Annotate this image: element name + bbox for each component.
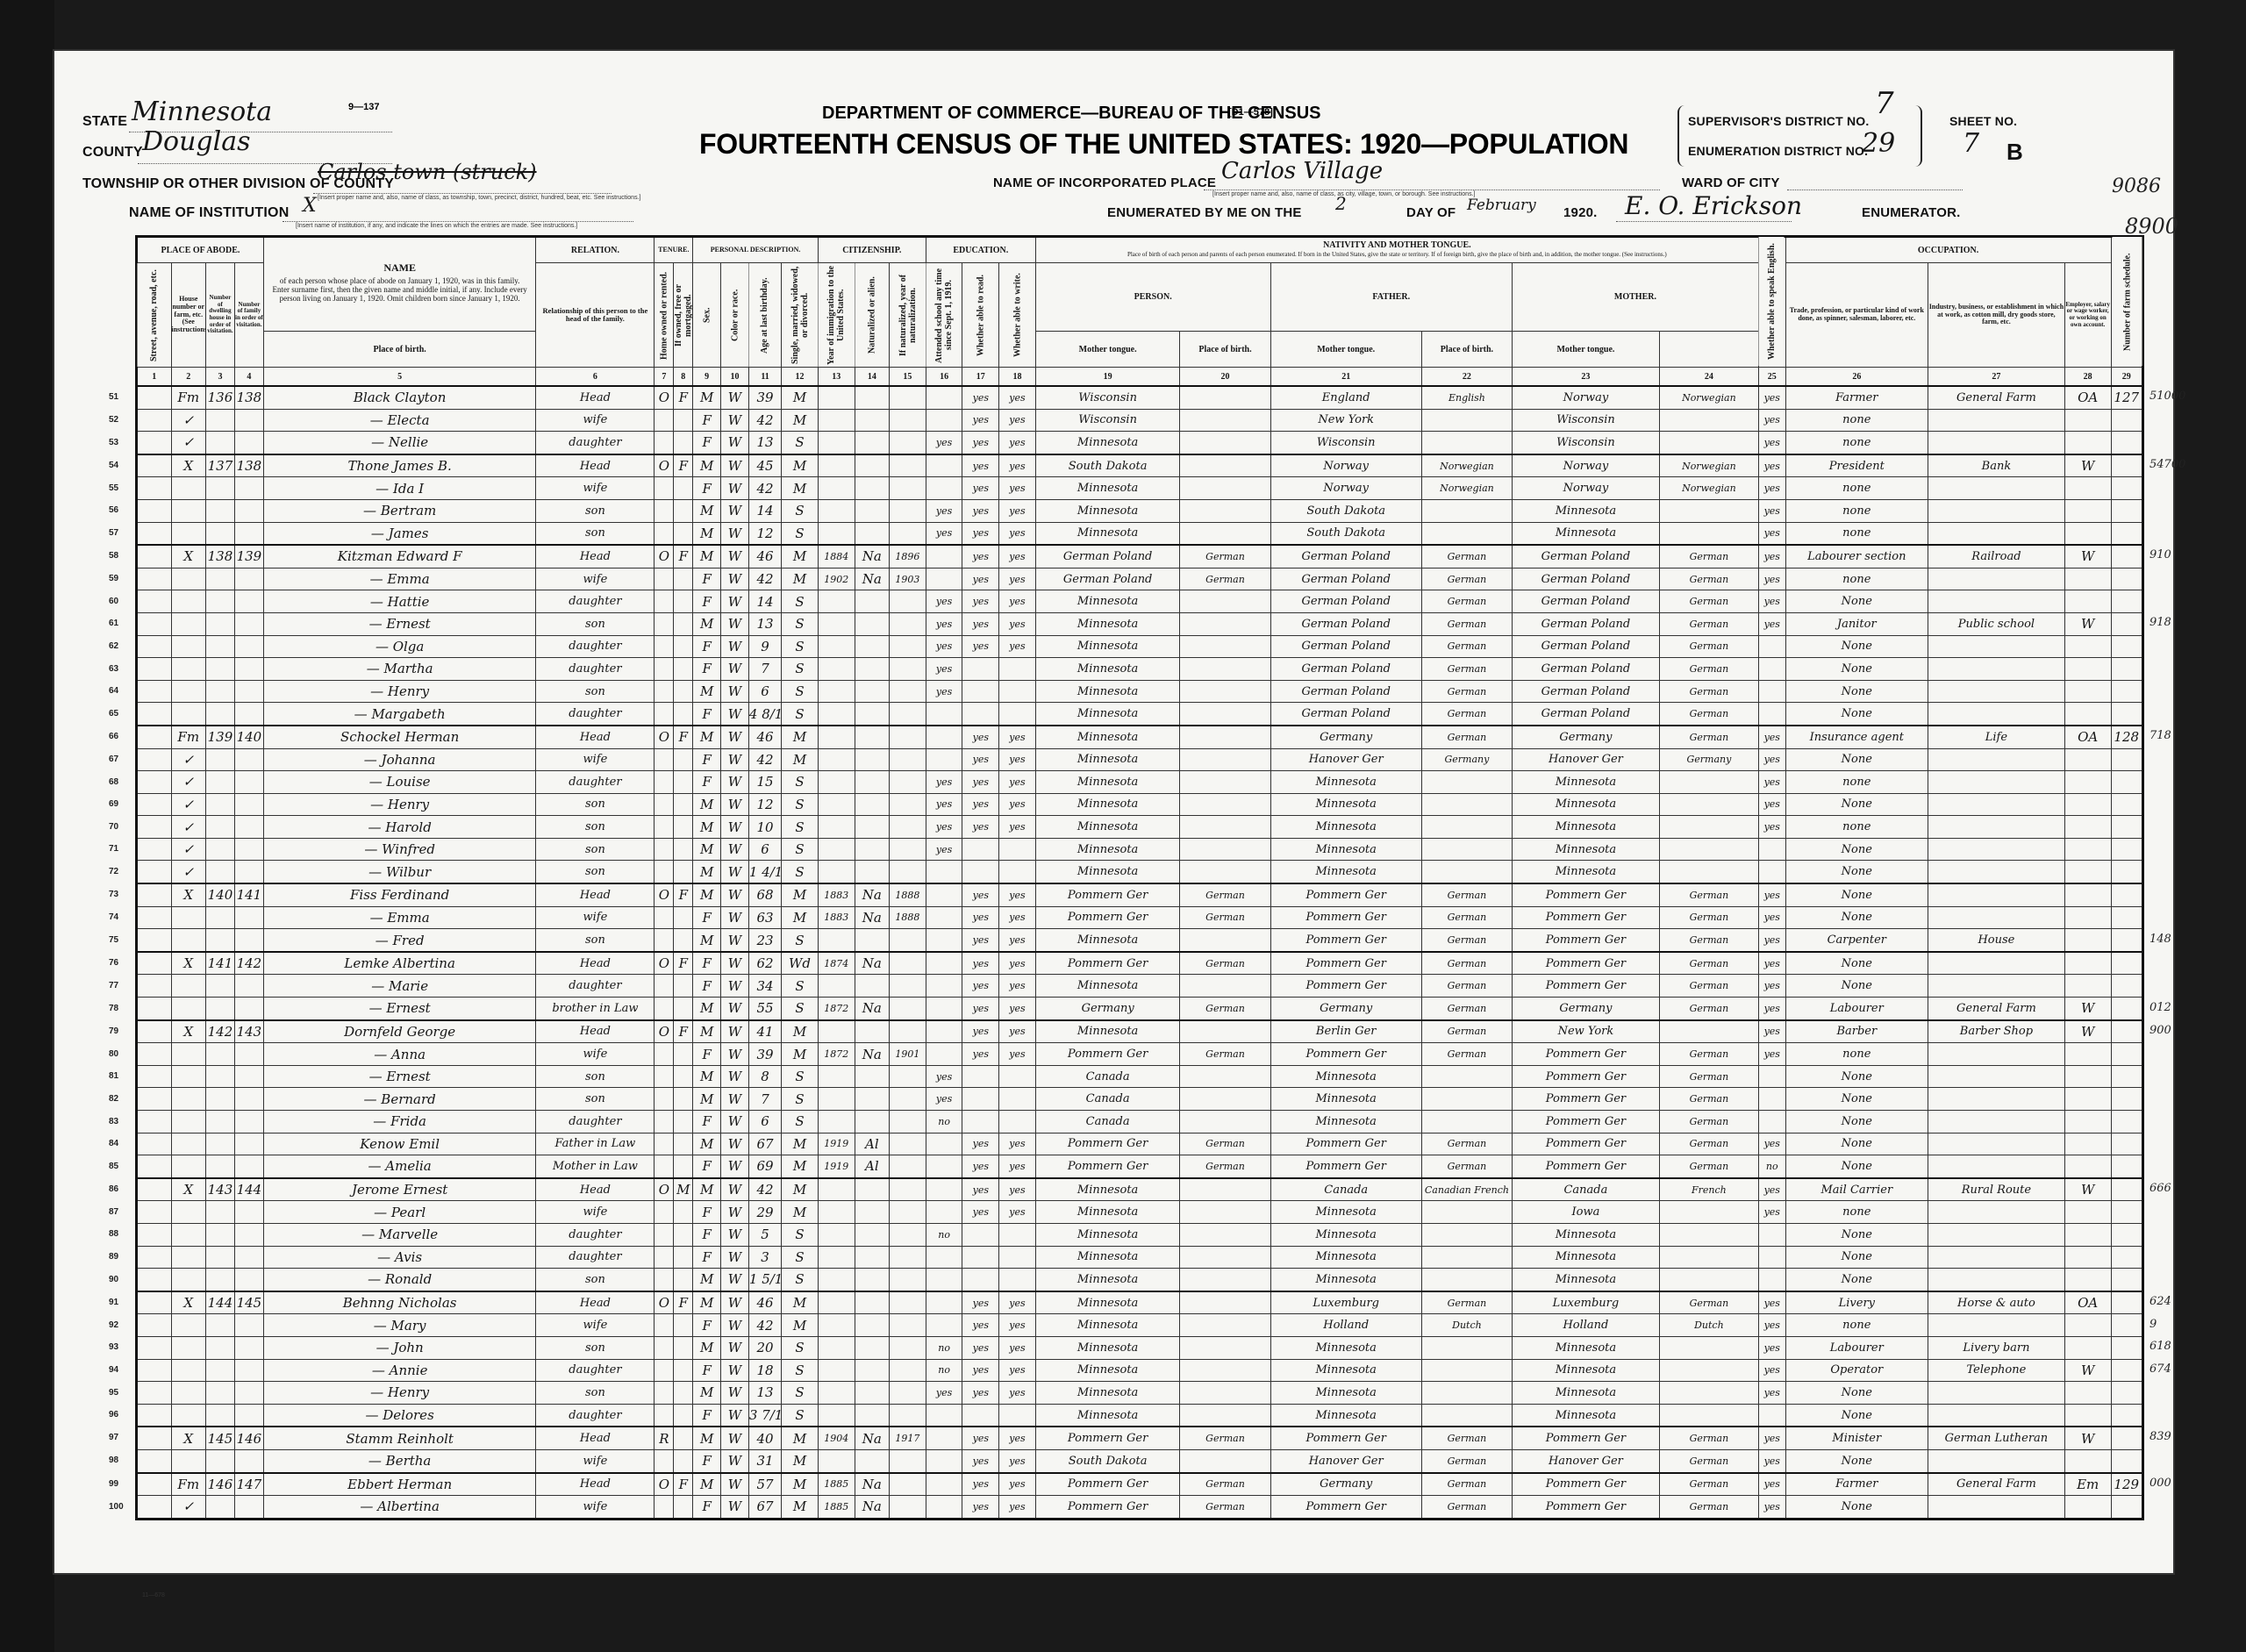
mother-mother-tongue-cell: German [1659,998,1758,1020]
family-cell [234,635,263,658]
mortgage-cell [674,658,693,681]
mortgage-cell [674,861,693,883]
write-cell [999,861,1036,883]
home-owned-cell [654,499,674,522]
father-birthplace-cell: German Poland [1270,545,1421,568]
naturalization-year-cell [890,409,926,432]
employer-cell [2064,838,2111,861]
age-cell: 34 [748,975,781,998]
line-number: 64 [109,686,118,696]
trade-cell: None [1785,1496,1928,1520]
home-owned-cell [654,838,674,861]
col-22-father-tongue: Mother tongue. [1270,332,1421,368]
mother-tongue-cell [1180,861,1270,883]
column-number: 2 [171,368,206,387]
trade-cell: None [1785,680,1928,703]
farm-schedule-cell [2111,1246,2143,1269]
trade-cell: none [1785,499,1928,522]
read-cell: yes [962,998,999,1020]
dwelling-cell [206,680,235,703]
employer-cell: Em [2064,1473,2111,1496]
line-number: 97 [109,1433,118,1442]
naturalization-year-cell [890,998,926,1020]
read-cell [962,703,999,726]
school-cell [926,748,962,771]
write-cell: yes [999,1178,1036,1201]
mother-tongue-cell [1180,1359,1270,1382]
speaks-english-cell: yes [1758,726,1785,748]
column-number: 24 [1659,368,1758,387]
dwelling-cell [206,477,235,500]
trade-cell: None [1785,1449,1928,1472]
write-cell: yes [999,1336,1036,1359]
mother-birthplace-cell: Minnesota [1512,1336,1659,1359]
farm-schedule-cell [2111,1111,2143,1134]
relation-cell: son [536,680,654,703]
marital-cell: S [782,998,819,1020]
naturalized-cell: Na [855,906,890,929]
sex-cell: M [693,726,721,748]
house-number-cell: X [171,883,206,906]
mother-tongue-cell [1180,386,1270,409]
industry-cell: House [1928,929,2065,952]
naturalization-year-cell [890,1382,926,1405]
write-cell: yes [999,1382,1036,1405]
trade-cell: none [1785,1201,1928,1224]
birthplace-cell: Minnesota [1035,1201,1180,1224]
mother-birthplace-cell: Hanover Ger [1512,748,1659,771]
school-cell: yes [926,612,962,635]
speaks-english-cell: yes [1758,545,1785,568]
write-cell: yes [999,612,1036,635]
industry-cell [1928,1133,2065,1155]
mother-tongue-cell [1180,409,1270,432]
mother-birthplace-cell: Norway [1512,477,1659,500]
table-row: — EmmawifeFW42M1902Na1903yesyesGerman Po… [137,568,2143,590]
mother-mother-tongue-cell [1659,1336,1758,1359]
home-owned-cell: O [654,726,674,748]
father-birthplace-cell: Wisconsin [1270,432,1421,454]
read-cell: yes [962,1133,999,1155]
dwelling-cell [206,975,235,998]
farm-schedule-cell [2111,409,2143,432]
street-cell [137,1404,172,1427]
family-cell: 145 [234,1291,263,1314]
family-cell [234,906,263,929]
mother-birthplace-cell: Holland [1512,1314,1659,1337]
trade-cell: None [1785,1269,1928,1291]
mother-birthplace-cell: Iowa [1512,1201,1659,1224]
school-cell [926,477,962,500]
birthplace-cell: Minnesota [1035,635,1180,658]
mother-mother-tongue-cell [1659,499,1758,522]
write-cell: yes [999,545,1036,568]
line-number: 52 [109,415,118,425]
school-cell [926,1269,962,1291]
sex-cell: F [693,635,721,658]
age-cell: 63 [748,906,781,929]
employer-cell [2064,1223,2111,1246]
father-birthplace-cell: German Poland [1270,635,1421,658]
write-cell: yes [999,1155,1036,1178]
person-name-cell: — Albertina [263,1496,536,1520]
immigration-year-cell [818,499,855,522]
mother-mother-tongue-cell [1659,522,1758,545]
father-birthplace-cell: Canada [1270,1178,1421,1201]
age-cell: 18 [748,1359,781,1382]
speaks-english-cell [1758,658,1785,681]
birthplace-cell: Minnesota [1035,658,1180,681]
table-row: — AvisdaughterFW3SMinnesotaMinnesotaMinn… [137,1246,2143,1269]
naturalized-cell [855,477,890,500]
table-row: — HattiedaughterFW14SyesyesyesMinnesotaG… [137,590,2143,613]
age-cell: 23 [748,929,781,952]
father-tongue-cell: English [1421,386,1512,409]
mother-mother-tongue-cell: German [1659,1449,1758,1472]
race-cell: W [721,748,749,771]
mother-mother-tongue-cell: French [1659,1178,1758,1201]
industry-cell: Rural Route [1928,1178,2065,1201]
street-cell [137,635,172,658]
speaks-english-cell: yes [1758,1314,1785,1337]
table-row: — AnniedaughterFW18SnoyesyesMinnesotaMin… [137,1359,2143,1382]
immigration-year-cell: 1919 [818,1133,855,1155]
industry-cell [1928,771,2065,794]
margin-note: 9 [2149,1318,2157,1331]
farm-schedule-cell [2111,1065,2143,1088]
mortgage-cell [674,929,693,952]
naturalized-cell [855,1223,890,1246]
dwelling-cell [206,658,235,681]
farm-schedule-cell [2111,522,2143,545]
margin-note: 718 [2149,729,2171,742]
trade-cell: none [1785,409,1928,432]
read-cell: yes [962,1291,999,1314]
person-name-cell: — Ernest [263,612,536,635]
read-cell: yes [962,1359,999,1382]
trade-cell: None [1785,748,1928,771]
employer-cell [2064,1314,2111,1337]
employer-cell [2064,1088,2111,1111]
trade-cell: Farmer [1785,386,1928,409]
naturalized-cell [855,522,890,545]
speaks-english-cell [1758,1404,1785,1427]
immigration-year-cell: 1885 [818,1473,855,1496]
sex-cell: F [693,409,721,432]
naturalization-year-cell [890,432,926,454]
house-number-cell: Fm [171,726,206,748]
home-owned-cell [654,1133,674,1155]
dwelling-cell [206,1246,235,1269]
relation-cell: son [536,1065,654,1088]
school-cell [926,952,962,975]
mother-mother-tongue-cell: German [1659,1065,1758,1088]
race-cell: W [721,1336,749,1359]
immigration-year-cell [818,1178,855,1201]
father-tongue-cell: German [1421,1496,1512,1520]
relation-cell: Head [536,952,654,975]
race-cell: W [721,952,749,975]
dwelling-cell [206,1043,235,1066]
write-cell: yes [999,499,1036,522]
naturalization-year-cell [890,1065,926,1088]
school-cell [926,883,962,906]
house-number-cell [171,590,206,613]
sex-cell: M [693,1020,721,1043]
trade-cell: None [1785,658,1928,681]
mortgage-cell [674,1269,693,1291]
relation-cell: daughter [536,635,654,658]
write-cell [999,680,1036,703]
family-cell [234,1382,263,1405]
father-tongue-cell [1421,1065,1512,1088]
trade-cell: None [1785,1065,1928,1088]
age-cell: 20 [748,1336,781,1359]
immigration-year-cell [818,726,855,748]
farm-schedule-cell [2111,1336,2143,1359]
school-cell [926,703,962,726]
col-10-race: Color or race. [721,263,749,368]
father-birthplace-cell: Minnesota [1270,1111,1421,1134]
trade-cell: none [1785,1043,1928,1066]
naturalized-cell [855,1359,890,1382]
person-name-cell: — Fred [263,929,536,952]
race-cell: W [721,906,749,929]
home-owned-cell [654,1382,674,1405]
house-number-cell [171,1246,206,1269]
column-number: 14 [855,368,890,387]
person-name-cell: — Electa [263,409,536,432]
father-birthplace-cell: Pommern Ger [1270,1133,1421,1155]
employer-cell [2064,1449,2111,1472]
family-cell [234,1155,263,1178]
naturalization-year-cell [890,1359,926,1382]
write-cell [999,703,1036,726]
age-cell: 5 [748,1223,781,1246]
read-cell: yes [962,1178,999,1201]
naturalization-year-cell: 1888 [890,883,926,906]
father-tongue-cell [1421,1246,1512,1269]
age-cell: 3 7/12 [748,1404,781,1427]
family-cell [234,432,263,454]
farm-schedule-cell [2111,1043,2143,1066]
person-name-cell: Dornfeld George [263,1020,536,1043]
read-cell [962,1404,999,1427]
naturalized-cell [855,1382,890,1405]
naturalized-cell [855,409,890,432]
family-cell [234,703,263,726]
house-number-cell [171,1223,206,1246]
write-cell: yes [999,883,1036,906]
mother-tongue-cell: German [1180,1473,1270,1496]
birthplace-cell: Pommern Ger [1035,1473,1180,1496]
column-number: 4 [234,368,263,387]
table-row: X138139Kitzman Edward FHeadOFMW46M1884Na… [137,545,2143,568]
school-cell: yes [926,793,962,816]
naturalization-year-cell [890,477,926,500]
birthplace-cell: Minnesota [1035,816,1180,839]
naturalization-year-cell [890,522,926,545]
employer-cell [2064,522,2111,545]
table-row: ✓— HaroldsonMW10SyesyesyesMinnesotaMinne… [137,816,2143,839]
father-birthplace-cell: Luxemburg [1270,1291,1421,1314]
mortgage-cell [674,680,693,703]
farm-schedule-cell: 128 [2111,726,2143,748]
employer-cell [2064,1269,2111,1291]
race-cell: W [721,1496,749,1520]
industry-cell [1928,1269,2065,1291]
mother-birthplace-cell: Luxemburg [1512,1291,1659,1314]
read-cell [962,1088,999,1111]
birthplace-cell: Minnesota [1035,793,1180,816]
marital-cell: S [782,432,819,454]
margin-note: 51000 [2149,390,2185,403]
schedule-rows: Fm136138Black ClaytonHeadOFMW39MyesyesWi… [137,386,2143,1519]
father-birthplace-cell: Pommern Ger [1270,1496,1421,1520]
marital-cell: Wd [782,952,819,975]
industry-cell [1928,838,2065,861]
father-tongue-cell: Germany [1421,748,1512,771]
family-cell [234,612,263,635]
group-education: EDUCATION. [926,237,1035,263]
table-row: ✓— NelliedaughterFW13SyesyesyesMinnesota… [137,432,2143,454]
line-number: 67 [109,754,118,764]
read-cell: yes [962,1336,999,1359]
column-number: 12 [782,368,819,387]
school-cell [926,545,962,568]
sex-cell: M [693,816,721,839]
person-name-cell: — Johanna [263,748,536,771]
mother-mother-tongue-cell: German [1659,975,1758,998]
naturalized-cell: Na [855,952,890,975]
population-schedule-table: PLACE OF ABODE. NAME of each person whos… [135,235,2144,1520]
industry-cell: Bank [1928,454,2065,477]
relation-cell: son [536,499,654,522]
house-number-cell [171,522,206,545]
immigration-year-cell [818,975,855,998]
sex-cell: F [693,748,721,771]
birthplace-cell: Minnesota [1035,612,1180,635]
group-personal: PERSONAL DESCRIPTION. [693,237,819,263]
write-cell [999,838,1036,861]
race-cell: W [721,1382,749,1405]
street-cell [137,1088,172,1111]
person-name-cell: — Henry [263,680,536,703]
employer-cell [2064,975,2111,998]
family-cell [234,929,263,952]
sex-cell: F [693,1314,721,1337]
farm-schedule-cell [2111,568,2143,590]
trade-cell: none [1785,522,1928,545]
father-tongue-cell: German [1421,680,1512,703]
naturalization-year-cell [890,612,926,635]
mortgage-cell [674,1133,693,1155]
mother-mother-tongue-cell: German [1659,883,1758,906]
school-cell [926,409,962,432]
school-cell: yes [926,816,962,839]
farm-schedule-cell [2111,861,2143,883]
race-cell: W [721,929,749,952]
industry-cell [1928,1111,2065,1134]
write-cell [999,1111,1036,1134]
mother-tongue-cell: German [1180,1043,1270,1066]
enumerated-label: ENUMERATED BY ME ON THE [1107,205,1302,220]
age-cell: 14 [748,499,781,522]
family-cell [234,1088,263,1111]
industry-cell [1928,748,2065,771]
margin-note: 910 [2149,548,2171,561]
sex-cell: M [693,1178,721,1201]
school-cell [926,1427,962,1449]
sex-cell: M [693,1133,721,1155]
mortgage-cell: F [674,1291,693,1314]
read-cell: yes [962,748,999,771]
house-number-cell: ✓ [171,838,206,861]
relation-cell: Father in Law [536,1133,654,1155]
trade-cell: Livery [1785,1291,1928,1314]
home-owned-cell [654,816,674,839]
line-number: 69 [109,799,118,809]
employer-cell: W [2064,454,2111,477]
dwelling-cell [206,906,235,929]
industry-cell [1928,883,2065,906]
sex-cell: F [693,1359,721,1382]
mortgage-cell: F [674,1473,693,1496]
father-birthplace-cell: South Dakota [1270,522,1421,545]
trade-cell: None [1785,793,1928,816]
age-cell: 46 [748,545,781,568]
father-birthplace-cell: Minnesota [1270,861,1421,883]
relation-cell: son [536,1269,654,1291]
father-tongue-cell [1421,1404,1512,1427]
enumerator-underline [1616,221,1792,222]
immigration-year-cell [818,1449,855,1472]
employer-cell: W [2064,545,2111,568]
table-row: Kenow EmilFather in LawMW67M1919Alyesyes… [137,1133,2143,1155]
speaks-english-cell [1758,1111,1785,1134]
person-name-cell: Thone James B. [263,454,536,477]
house-number-cell [171,1382,206,1405]
relation-cell: son [536,861,654,883]
person-name-cell: Fiss Ferdinand [263,883,536,906]
home-owned-cell [654,1043,674,1066]
margin-note: 918 [2149,616,2171,629]
farm-schedule-cell [2111,454,2143,477]
line-number: 79 [109,1026,118,1036]
marital-cell: S [782,816,819,839]
dwelling-cell [206,409,235,432]
sex-cell: M [693,522,721,545]
line-number: 54 [109,461,118,470]
mother-mother-tongue-cell [1659,1382,1758,1405]
read-cell: yes [962,952,999,975]
marital-cell: S [782,838,819,861]
line-number: 71 [109,844,118,854]
industry-cell: Livery barn [1928,1336,2065,1359]
column-number: 22 [1421,368,1512,387]
age-cell: 1 5/12 [748,1269,781,1291]
father-birthplace-cell: Minnesota [1270,771,1421,794]
age-cell: 1 4/12 [748,861,781,883]
table-row: — Ernestbrother in LawMW55S1872NayesyesG… [137,998,2143,1020]
house-number-cell [171,1359,206,1382]
write-cell: yes [999,386,1036,409]
father-tongue-cell [1421,1336,1512,1359]
birthplace-cell: Pommern Ger [1035,1133,1180,1155]
naturalization-year-cell [890,1314,926,1337]
farm-schedule-cell [2111,975,2143,998]
speaks-english-cell: yes [1758,1201,1785,1224]
